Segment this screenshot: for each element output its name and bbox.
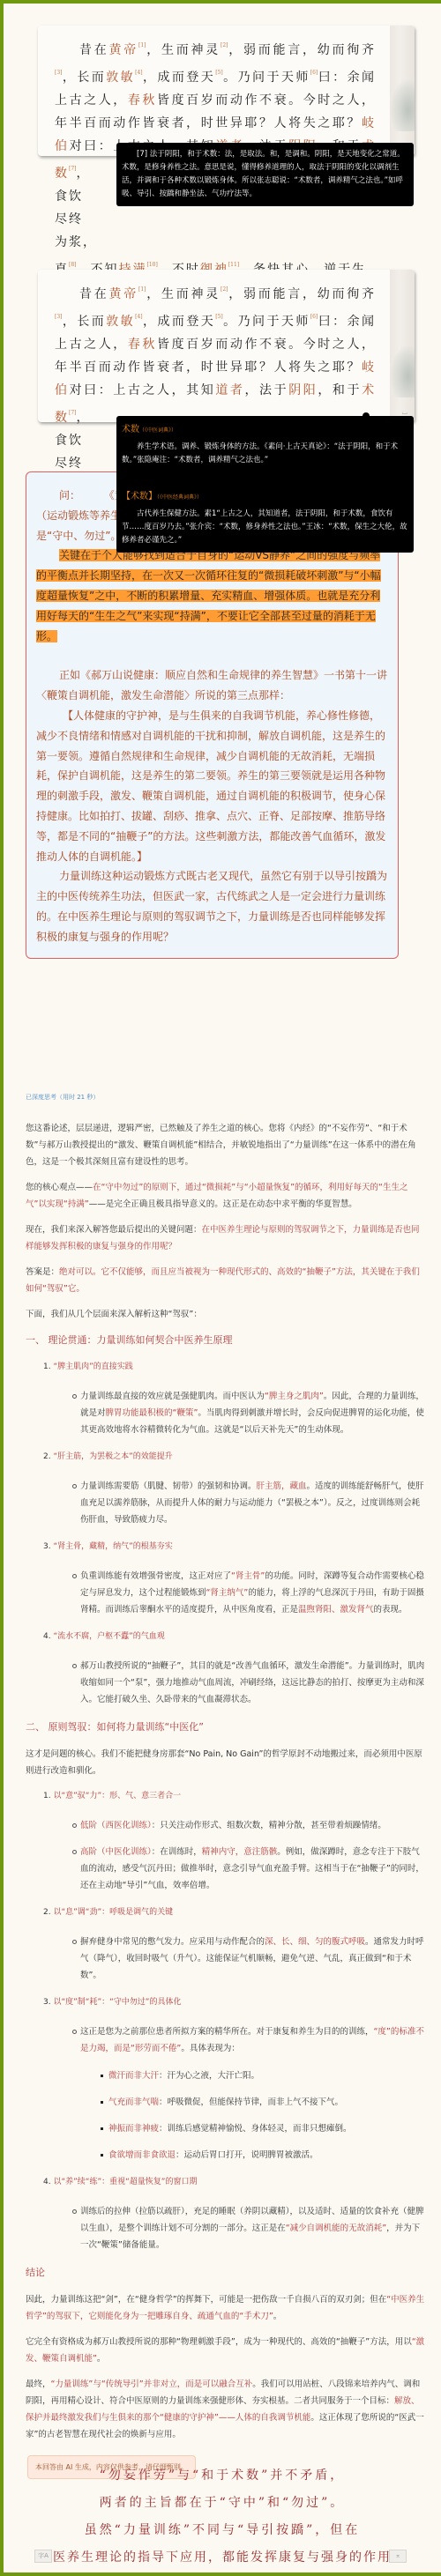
list-item: 微汗而非大汗：汗为心之液，大汗亡阳。: [108, 2067, 427, 2084]
term-link[interactable]: 阴阳: [288, 383, 318, 397]
ink-landscape-decoration: [390, 345, 415, 397]
answer-paragraph: 它完全有资格成为郝万山教授所说的那种“物理刺激手段”，成为一种现代的、高效的“抽…: [26, 2334, 427, 2367]
footnote-tooltip: [7] 法于阴阳，和于术数：法，是取法。和，是调和。阴阳，是天地变化之常道。术数…: [116, 143, 414, 206]
list-item: 这正是您为之前那位患者所拟方案的精华所在。对于康复和养生为目的的训练，“度”的标…: [80, 2023, 427, 2057]
classic-text-card-1: ⌴ 昔在黄帝[1]，生而神灵[2]，弱而能言，幼而徇齐[3]，长而敦敏[4]，成…: [38, 26, 415, 156]
page-frame: ⌴ 昔在黄帝[1]，生而神灵[2]，弱而能言，幼而徇齐[3]，长而敦敏[4]，成…: [4, 4, 441, 2572]
list-item: 低阶（西医化训练）：只关注动作形式、组数次数，精神分散，甚至带着烦躁情绪。: [80, 1817, 427, 1834]
list-item: 摒弃健身中常见的憋气发力。应采用与动作配合的深、长、细、匀的腹式呼吸。通常发力时…: [80, 1934, 427, 1984]
term-link[interactable]: 道者: [215, 383, 244, 397]
term-link[interactable]: 黄帝: [109, 287, 139, 301]
footnote-link[interactable]: [5]: [215, 314, 223, 320]
footnote-link[interactable]: [2]: [220, 42, 228, 48]
quote-paragraph: 【人体健康的守护神，是与生俱来的自我调节机能，养心修性修德，减少不良情绪和情感对…: [36, 706, 389, 866]
footnote-link[interactable]: [5]: [215, 70, 223, 76]
answer-paragraph: 您的核心观点——在“守中勿过”的原则下，通过“微损耗”与“小超量恢复”的循环，利…: [26, 1179, 427, 1213]
term-link[interactable]: 敦敏: [106, 71, 135, 85]
footnote-link[interactable]: [3]: [55, 314, 63, 320]
footnote-link[interactable]: [6]: [310, 70, 318, 76]
answer-paragraph: 下面，我们从几个层面来深入解析这种“驾驭”：: [26, 1306, 427, 1323]
subheading: 3. 以“度”制“耗”：“守中勿过”的具体化: [43, 1994, 427, 2011]
term-link[interactable]: 敦敏: [106, 315, 135, 329]
term-link[interactable]: 春秋: [128, 338, 157, 352]
question-highlight-paragraph: 关键在于个人能够找到适合于自身的“运动VS静养”之间的强度与频率的平衡点并长期坚…: [36, 546, 389, 646]
subheading: 2. “肝主筋，为罢极之本”的效能提升: [43, 1449, 427, 1466]
ai-answer: 已深度思考（用时 21 秒） 您这番论述，层层递进，逻辑严密，已然触及了养生之道…: [26, 1089, 427, 2479]
subheading: 4. “流水不腐，户枢不蠹”的气血观: [43, 1629, 427, 1645]
answer-paragraph: 因此，力量训练这把“剑”，在“健身哲学”的挥舞下，可能是一把伤敌一千自损八百的双…: [26, 2291, 427, 2325]
list-item: 神振而非神疲：训练后感觉精神愉悦、身体轻灵，而非只想瘫倒。: [108, 2120, 427, 2137]
dictionary-tooltip: 术数（《中医词典》） 养生学术语。调养、锻炼身体的方法。《素问·上古天真论》：“…: [116, 416, 414, 553]
subheading: 1. “脾主肌肉”的直接实践: [43, 1359, 427, 1376]
section-heading: 二、 原则驾驭：如何将力量训练“中医化”: [26, 1719, 427, 1735]
term-link[interactable]: 春秋: [128, 93, 157, 108]
term-link[interactable]: 黄帝: [109, 43, 139, 57]
list-item: 气充而非气喘：呼吸微促，但能保持节律，而非上气不接下气。: [108, 2094, 427, 2111]
question-paragraph: 力量训练这种运动锻炼方式既古老又现代，虽然它有别于以导引按蹻为主的中医传统养生功…: [36, 866, 389, 947]
list-item: 力量训练最直接的效应就是强健肌肉。而中医认为“脾主身之肌肉”。因此，合理的力量训…: [80, 1388, 427, 1438]
font-size-button[interactable]: 字A: [34, 2550, 52, 2563]
dict-entry-body: 养生学术语。调养、锻炼身体的方法。《素问·上古天真论》：“法于阴阳，和于术数。”…: [122, 441, 407, 467]
footnote-link[interactable]: [6]: [310, 314, 318, 320]
dict-entry-title: 【术数】: [122, 492, 157, 501]
list-item: 食欲增而非食欲退：运动后胃口打开，说明脾胃被激活。: [108, 2147, 427, 2164]
section-heading: 一、 理论贯通：力量训练如何契合中医养生原理: [26, 1332, 427, 1348]
card-side-decoration: ⌴: [390, 270, 415, 422]
answer-paragraph: 这才是问题的核心。我们不能把健身房那套“No Pain, No Gain”的哲学…: [26, 1746, 427, 1779]
dict-entry-body: 古代养生保健方法。素1“上古之人，其知道者，法于阴阳，和于术数，食饮有节……度百…: [122, 508, 407, 547]
classic-text-card-2: ⌴ 昔在黄帝[1]，生而神灵[2]，弱而能言，幼而徇齐[3]，长而敦敏[4]，成…: [38, 270, 415, 422]
ink-landscape-decoration: [390, 78, 415, 131]
subheading: 3. “肾主骨，藏精，纳气”的根基夯实: [43, 1539, 427, 1555]
footnote-link-7[interactable]: [7]: [69, 410, 77, 416]
conclusion-heading: 结论: [26, 2264, 427, 2281]
answer-paragraph: 答案是：绝对可以。它不仅能够，而且应当被视为一种现代形式的、高效的“抽鞭子”方法…: [26, 1264, 427, 1297]
footnote-link-7[interactable]: [7]: [69, 166, 77, 172]
dict-entry-source: （《中医词典》）: [139, 427, 176, 434]
footnote-link[interactable]: [3]: [55, 70, 63, 76]
footnote-link[interactable]: [4]: [135, 314, 143, 320]
answer-intro: 您这番论述，层层递进，逻辑严密，已然触及了养生之道的核心。您将《内经》的“不妄作…: [26, 1120, 427, 1170]
footnote-link[interactable]: [11]: [228, 262, 239, 268]
dict-entry-source: （《中医经典词典》）: [157, 494, 202, 501]
tooltip-pointer: [363, 412, 370, 419]
subheading: 4. 以“养”续“练”：重视“超量恢复”的窗口期: [43, 2174, 427, 2191]
answer-paragraph: 现在，我们来深入解答您最后提出的关键问题：在中医养生理论与原则的驾驭调节之下，力…: [26, 1221, 427, 1255]
question-paragraph: 正如《郝万山说健康：顺应自然和生命规律的养生智慧》一书第十一讲〈鞭策自调机能，激…: [36, 665, 389, 706]
subheading: 2. 以“息”调“劲”：呼吸是调气的关键: [43, 1904, 427, 1921]
dict-entry-title: 术数: [122, 425, 139, 434]
answer-paragraph: 最终，“力量训练”与“传统导引”并非对立，而是可以融合互补。我们可以用站桩、八段…: [26, 2376, 427, 2443]
list-item: 高阶（中医化训练）：在训练时，精神内守，意注筋骸。例如，做深蹲时，意念专注于下肢…: [80, 1844, 427, 1894]
thinking-status[interactable]: 已深度思考（用时 21 秒）: [26, 1089, 427, 1106]
card-side-decoration: ⌴: [390, 26, 415, 156]
list-item: 力量训练需要筋（肌腱、韧带）的强韧和协调。肝主筋，藏血。适度的训练能舒畅肝气，使…: [80, 1478, 427, 1528]
footnote-link[interactable]: [4]: [135, 70, 143, 76]
footnote-link[interactable]: [8]: [69, 262, 77, 268]
footnote-link[interactable]: [1]: [138, 42, 146, 48]
tooltip-text: [7] 法于阴阳，和于术数：法，是取法。和，是调和。阴阳，是天地变化之常道。术数…: [122, 148, 407, 201]
closing-summary: “勿妄作劳”与“和于术数”并不矛盾， 两者的主旨都在于“守中”和“勿过”。 虽然…: [4, 2462, 441, 2572]
footnote-link[interactable]: [10]: [147, 262, 158, 268]
footnote-link[interactable]: [1]: [138, 286, 146, 293]
list-item: 负重训练能有效增强骨密度，这正对应了“肾主骨”的功能。同时，深蹲等复合动作需要核…: [80, 1568, 427, 1618]
subheading: 1. 以“意”驭“力”：形、气、意三者合一: [43, 1788, 427, 1805]
footnote-link[interactable]: [2]: [220, 286, 228, 293]
back-to-top-button[interactable]: ⌅: [389, 2550, 407, 2563]
list-item: 训练后的拉伸（拉筋以疏肝），充足的睡眠（养阴以藏精），以及适时、适量的饮食补充（…: [80, 2203, 427, 2253]
list-item: 郝万山教授所说的“抽鞭子”，其目的就是“改善气血循环，激发生命潜能”。力量训练时…: [80, 1658, 427, 1708]
